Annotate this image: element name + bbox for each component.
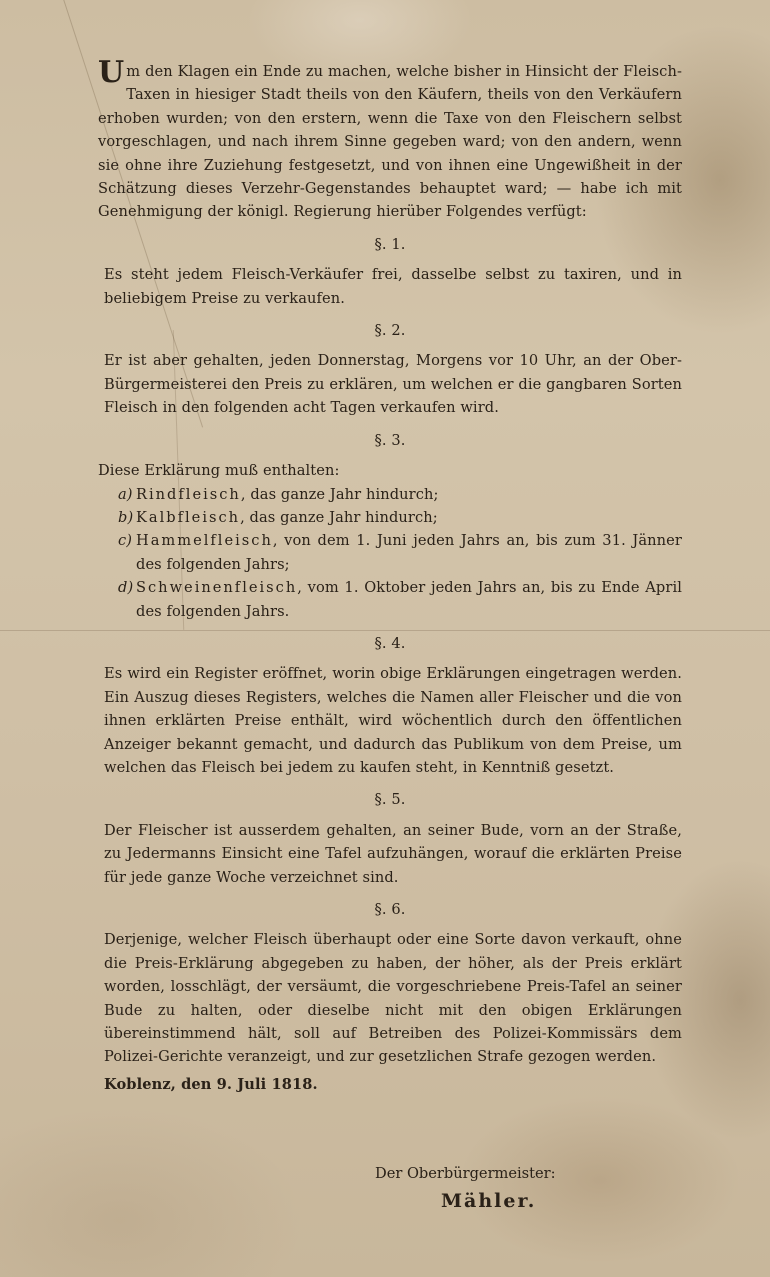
intro-paragraph: Um den Klagen ein Ende zu machen, welche…: [98, 60, 682, 224]
section-heading-4: §. 4.: [98, 632, 682, 655]
section-1-text: Es steht jedem Fleisch-Verkäufer frei, d…: [98, 263, 682, 310]
section-3-text: Diese Erklärung muß enthalten:: [98, 459, 682, 482]
list-item-text: , das ganze Jahr hindurch;: [240, 509, 438, 526]
signatory-name: Mähler.: [375, 1190, 615, 1212]
meat-term: Kalbfleisch: [136, 509, 240, 526]
section-heading-3: §. 3.: [98, 429, 682, 452]
signature-block: Der Oberbürgermeister: Mähler.: [375, 1165, 615, 1212]
section-heading-5: §. 5.: [98, 788, 682, 811]
list-marker: a): [118, 483, 136, 506]
meat-types-list: a)Rindfleisch, das ganze Jahr hindurch; …: [98, 483, 682, 623]
section-heading-2: §. 2.: [98, 319, 682, 342]
list-marker: b): [118, 506, 136, 529]
list-marker: d): [118, 576, 136, 599]
section-heading-1: §. 1.: [98, 233, 682, 256]
list-item: b)Kalbfleisch, das ganze Jahr hindurch;: [118, 506, 682, 529]
list-item: a)Rindfleisch, das ganze Jahr hindurch;: [118, 483, 682, 506]
signatory-title: Der Oberbürgermeister:: [375, 1165, 615, 1182]
document-body: Um den Klagen ein Ende zu machen, welche…: [98, 60, 682, 1096]
section-2-text: Er ist aber gehalten, jeden Donnerstag, …: [98, 349, 682, 419]
list-marker: c): [118, 529, 136, 552]
section-heading-6: §. 6.: [98, 898, 682, 921]
list-item-text: , das ganze Jahr hindurch;: [241, 486, 439, 503]
section-6-text: Derjenige, welcher Fleisch überhaupt ode…: [98, 928, 682, 1068]
section-5-text: Der Fleischer ist ausserdem gehalten, an…: [98, 819, 682, 889]
list-item: c)Hammelfleisch, von dem 1. Juni jeden J…: [118, 529, 682, 576]
document-page: Um den Klagen ein Ende zu machen, welche…: [0, 0, 770, 1277]
meat-term: Rindfleisch: [136, 486, 241, 503]
drop-cap: U: [98, 58, 124, 88]
section-4-text: Es wird ein Register eröffnet, worin obi…: [98, 662, 682, 779]
meat-term: Schweinenfleisch: [136, 579, 297, 596]
list-item: d)Schweinenfleisch, vom 1. Oktober jeden…: [118, 576, 682, 623]
place-and-date: Koblenz, den 9. Juli 1818.: [98, 1073, 682, 1096]
meat-term: Hammelfleisch: [136, 532, 273, 549]
intro-text: m den Klagen ein Ende zu machen, welche …: [98, 63, 682, 220]
